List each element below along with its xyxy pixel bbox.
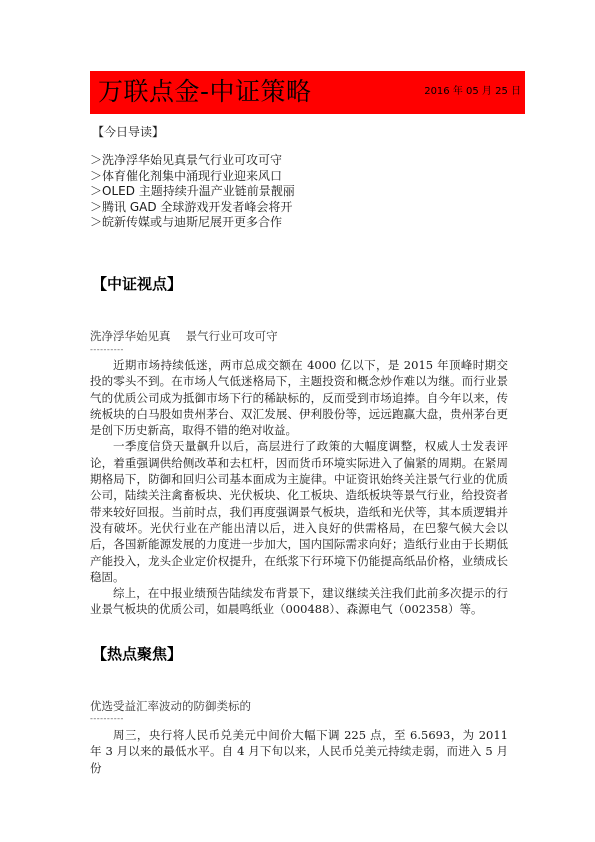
- viewpoint-divider: ----------: [90, 346, 124, 354]
- viewpoint-heading: 【中证视点】: [92, 274, 182, 294]
- viewpoint-paragraph: 近期市场持续低迷，两市总成交额在 4000 亿以下，是 2015 年顶峰时期交投…: [90, 357, 508, 438]
- viewpoint-paragraph: 综上，在中报业绩预告陆续发布背景下，建议继续关注我们此前多次提示的行业景气板块的…: [90, 585, 508, 618]
- report-date: 2016 年 05 月 25 日: [424, 85, 521, 99]
- guide-item: ＞体育催化剂集中涌现行业迎来风口: [90, 169, 295, 185]
- guide-list: ＞洗净浮华始见真景气行业可攻可守 ＞体育催化剂集中涌现行业迎来风口 ＞OLED …: [90, 153, 295, 231]
- hotspot-divider: ----------: [90, 715, 124, 723]
- guide-item: ＞腾讯 GAD 全球游戏开发者峰会将开: [90, 200, 295, 216]
- hotspot-subtitle: 优选受益汇率波动的防御类标的: [90, 699, 251, 714]
- hotspot-paragraph: 周三，央行将人民币兑美元中间价大幅下调 225 点，至 6.5693，为 201…: [90, 727, 508, 776]
- hotspot-heading: 【热点聚焦】: [92, 644, 182, 664]
- report-title: 万联点金-中证策略: [98, 77, 312, 107]
- guide-item: ＞皖新传媒或与迪斯尼展开更多合作: [90, 215, 295, 231]
- viewpoint-subtitle: 洗净浮华始见真 景气行业可攻可守: [90, 329, 278, 344]
- viewpoint-body: 近期市场持续低迷，两市总成交额在 4000 亿以下，是 2015 年顶峰时期交投…: [90, 357, 508, 618]
- hotspot-body: 周三，央行将人民币兑美元中间价大幅下调 225 点，至 6.5693，为 201…: [90, 727, 508, 776]
- viewpoint-paragraph: 一季度信贷天量飙升以后，高层进行了政策的大幅度调整，权威人士发表评论，着重强调供…: [90, 438, 508, 585]
- header-banner: 万联点金-中证策略 2016 年 05 月 25 日: [90, 71, 525, 114]
- guide-heading: 【今日导读】: [92, 124, 164, 140]
- guide-item: ＞OLED 主题持续升温产业链前景靓丽: [90, 184, 295, 200]
- guide-item: ＞洗净浮华始见真景气行业可攻可守: [90, 153, 295, 169]
